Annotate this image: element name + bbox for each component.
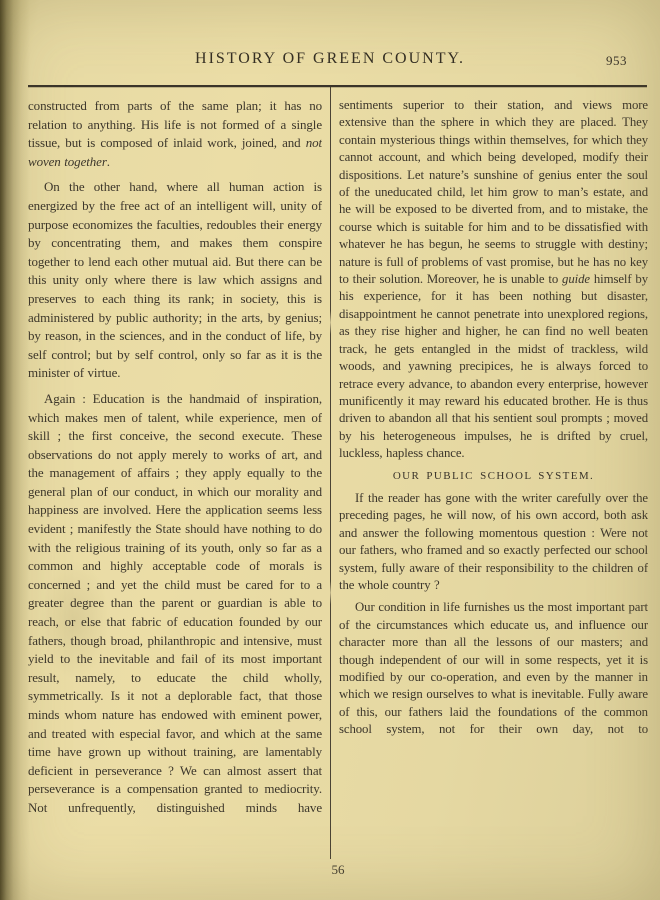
book-page: HISTORY OF GREEN COUNTY. 953 constructed… — [0, 0, 660, 900]
italic-text-run: guide — [562, 272, 590, 286]
text-run: constructed from parts of the same plan;… — [28, 98, 322, 150]
paragraph: sentiments superior to their station, an… — [339, 97, 648, 463]
page-header: HISTORY OF GREEN COUNTY. 953 — [30, 50, 630, 72]
text-run: OUR PUBLIC SCHOOL SYSTEM. — [393, 470, 594, 482]
section-heading: OUR PUBLIC SCHOOL SYSTEM. — [339, 468, 648, 485]
text-run: If the reader has gone with the writer c… — [339, 491, 648, 592]
header-rule — [28, 85, 647, 87]
paragraph: Again : Education is the handmaid of ins… — [28, 390, 322, 818]
text-run: Again : Education is the handmaid of ins… — [28, 391, 322, 815]
signature-mark: 56 — [28, 862, 648, 878]
column-divider — [330, 87, 331, 859]
text-run: Our condition in life furnishes us the m… — [339, 600, 648, 736]
running-title: HISTORY OF GREEN COUNTY. — [30, 50, 630, 68]
paragraph: If the reader has gone with the writer c… — [339, 490, 648, 594]
left-column: constructed from parts of the same plan;… — [28, 97, 322, 879]
page-number: 953 — [606, 53, 627, 69]
text-run: On the other hand, where all human actio… — [28, 179, 322, 380]
paragraph: constructed from parts of the same plan;… — [28, 97, 322, 171]
text-run: . — [107, 154, 110, 169]
text-run: himself by his experience, for it has be… — [339, 272, 648, 460]
right-column: sentiments superior to their station, an… — [339, 97, 648, 863]
text-run: sentiments superior to their station, an… — [339, 98, 648, 286]
binding-gutter-shadow — [0, 0, 30, 900]
paragraph: On the other hand, where all human actio… — [28, 178, 322, 383]
paragraph: Our condition in life furnishes us the m… — [339, 599, 648, 738]
